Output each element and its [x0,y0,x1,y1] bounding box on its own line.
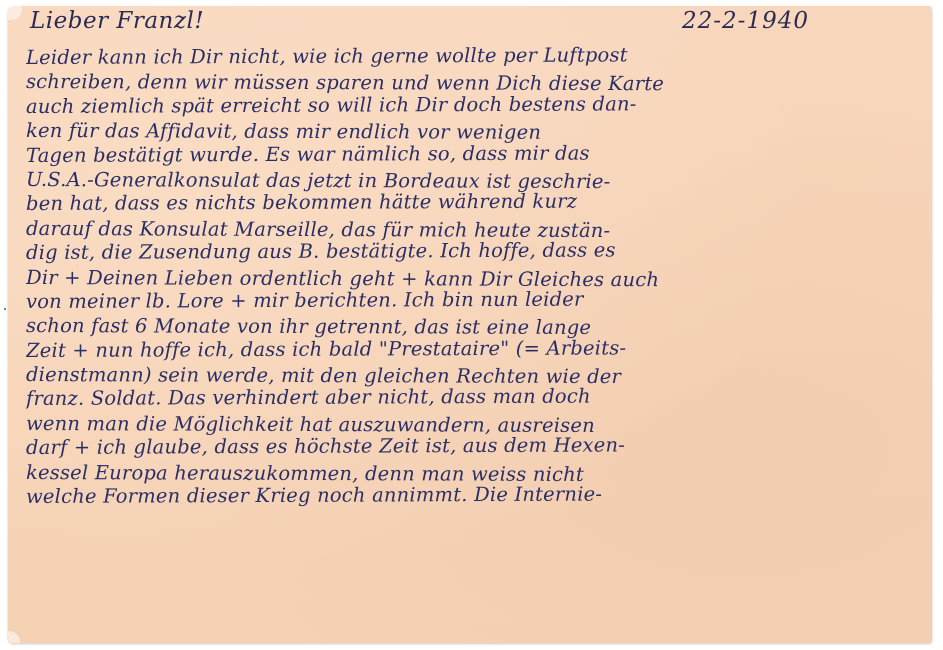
letter-body: Leider kann ich Dir nicht, wie ich gerne… [26,46,926,509]
text-line: Tagen bestätigt wurde. Es war nämlich so… [26,140,926,168]
text-line: ben hat, dass es nichts bekommen hätte w… [26,188,926,216]
text-line: dig ist, die Zusendung aus B. bestätigte… [26,237,926,265]
text-line: Zeit + nun hoffe ich, dass ich bald "Pre… [26,335,926,363]
text-line: welche Formen dieser Krieg noch annimmt.… [26,481,926,509]
text-line: von meiner lb. Lore + mir berichten. Ich… [26,286,926,314]
letter-header: Lieber Franzl! 22-2-1940 [30,8,902,42]
letter-date: 22-2-1940 [682,8,809,34]
postcard: Lieber Franzl! 22-2-1940 Leider kann ich… [8,6,932,643]
text-line: franz. Soldat. Das verhindert aber nicht… [26,384,926,412]
text-line: auch ziemlich spät erreicht so will ich … [26,91,926,119]
worn-corner [8,6,22,20]
worn-corner [8,631,20,643]
ink-speck [4,308,6,310]
salutation: Lieber Franzl! [30,8,204,34]
page: Lieber Franzl! 22-2-1940 Leider kann ich… [0,0,943,650]
text-line: darf + ich glaube, dass es höchste Zeit … [26,432,926,460]
text-line: Leider kann ich Dir nicht, wie ich gerne… [26,42,926,70]
